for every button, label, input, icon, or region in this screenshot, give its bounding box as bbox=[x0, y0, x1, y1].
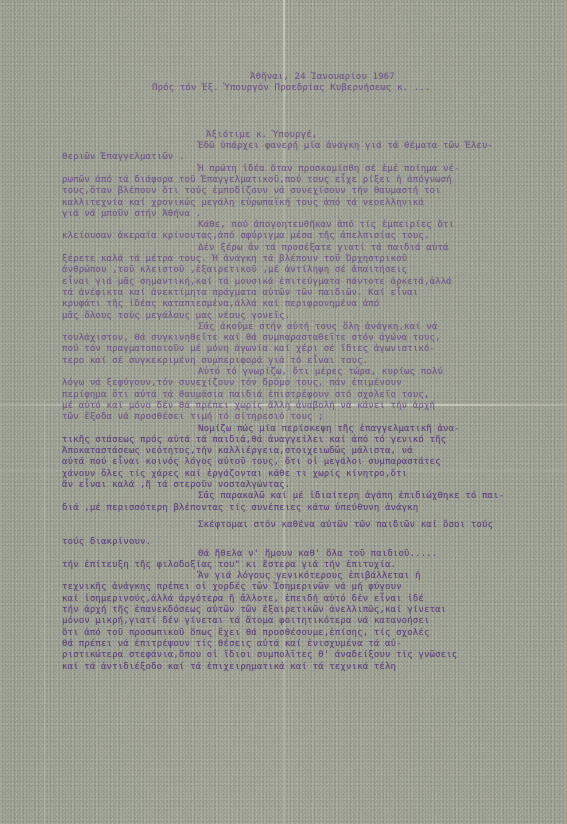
text-line: Σκέφτομαι στόν καθένα αὐτῶν τῶν παιδιῶν … bbox=[198, 520, 493, 531]
text-line: Αὐτό τό γνωρίζω, ὅτι μέρες τώρα, κυρίως … bbox=[198, 367, 443, 378]
text-line: λόγω νά ξεφύγουν,τόν συνεχίζουν τόν δρόμ… bbox=[62, 378, 402, 389]
text-line: τους,ὅταν βλέπουν ὅτι τούς ἐμποδίζουν νά… bbox=[62, 186, 441, 197]
text-line: τικῆς στάσεως πρός αὐτά τά παιδιά,θά ἀνα… bbox=[62, 435, 446, 446]
text-line: Θά ἤθελα ν' ἤμουν καθ' ὅλα τοῦ παιδιοῦ..… bbox=[198, 549, 437, 560]
text-line: εἶναι γιά μᾶς σημαντική,καί τά μουσικά ἐ… bbox=[62, 277, 452, 288]
text-line: μᾶς ὅλους τούς μεγάλους μας νέους γονεῖς… bbox=[62, 311, 290, 322]
text-line: κλείουσαν ἀκεραία κρίνοντας,ἀπό σφύριγμα… bbox=[62, 231, 430, 242]
text-line: θεριῶν Ἐπαγγελματιῶν . bbox=[62, 152, 185, 163]
text-line: Ἄν γιά λόγους γενικότερους ἐπιβάλλεται ἡ bbox=[198, 571, 421, 582]
text-line: μέ αὐτό καί μόνο δέν θά πρέπει χωρίς ἄλλ… bbox=[62, 401, 435, 412]
document-page: Ἀθῆναι, 24 Ἰανουαρίου 1967 Πρός τόν Ἐξ. … bbox=[0, 0, 567, 824]
text-line: καλλιτεχνία καί χρονικώς μεγάλη εὐρωπαϊκ… bbox=[62, 198, 424, 209]
text-line: ἀνθρώπου ,τοῦ κλειστοῦ ,ἐξαιρετικοῦ ,μέ … bbox=[62, 265, 407, 276]
text-line: Ἐδῶ ὑπάρχει φανερή μία ἀνάγκη γιά τά θέμ… bbox=[198, 141, 493, 152]
text-line: Σᾶς παρακαλῶ καί μέ ἰδιαίτερη ἀγάπη ἐπιδ… bbox=[198, 491, 504, 502]
text-line: μόνον μικρή,γιατί δέν γίνεται τά ἄτομα φ… bbox=[62, 616, 430, 627]
text-line: διά ,μέ περισσότερη βλέποντας τίς συνέπε… bbox=[62, 503, 418, 514]
text-line: καί ἰσημερινούς,ἀλλά ἀργότερα ἤ ἄλλοτε, … bbox=[62, 594, 424, 605]
letter-body: Ἀθῆναι, 24 Ἰανουαρίου 1967 Πρός τόν Ἐξ. … bbox=[0, 0, 567, 824]
text-line: περίφημα ὅτι αὐτά τά θαυμάσια παιδιά ἐπι… bbox=[62, 390, 430, 401]
text-line: θά πρέπει νά ἐπιτρέψουν τίς θέσεις αὐτά … bbox=[62, 639, 402, 650]
text-line: ἄν εἶναι καλά ,ἤ τά στεροῦν νοσταλγώντας… bbox=[62, 480, 290, 491]
text-line: τά ἀνέφικτα καί ἀνεκτίμητα πράγματα αὐτῶ… bbox=[62, 288, 418, 299]
text-line: Ἀποκαταστάσεως νεότητος,τήν καλλιέργεια,… bbox=[62, 446, 413, 457]
text-line: κρυφάτι τῆς ἰδέας καταπιεσμένα,ἀλλά καί … bbox=[62, 299, 379, 310]
text-line: τήν ἐπίτευξη τῆς φιλοδοξίας του" κι ἔστε… bbox=[62, 560, 396, 571]
text-line: αὐτά πού εἶναι κοινός λόγος αὐτοῦ τους, … bbox=[62, 457, 441, 468]
text-line: τούς διακρίνουν. bbox=[62, 537, 151, 548]
text-line: ρωπῶν ἀπό τά διάφορα τοῦ Ἐπαγγελματικοῦ,… bbox=[62, 175, 452, 186]
text-line: ξέρετε καλά τά μέτρα τους. Ἡ ἀνάγκη τά β… bbox=[62, 254, 407, 265]
text-line: χάνουν ὅλες τίς χάρες καί ἐργάζονται κάθ… bbox=[62, 469, 407, 480]
text-line: καί τά ἀντιδιέξοδο καί τά ἐπιχειρηματικά… bbox=[62, 662, 396, 673]
text-line: Δέν ξέρω ἄν τά προσέξατε γιατί τά παιδιά… bbox=[198, 243, 449, 254]
addressee-line: Πρός τόν Ἐξ. Ὑπουργόν Προεδρίας Κυβερνήσ… bbox=[152, 83, 430, 94]
text-line: τήν ἀρχή τῆς ἐπανεκδόσεως αὐτῶν τῶν ἐξαι… bbox=[62, 605, 446, 616]
text-line: Ἡ πρώτη ἰδέα ὅταν προσκομίσθη σέ ἐμέ ποί… bbox=[198, 164, 460, 175]
text-line: ριστικώτερα στεφάνια,ὅπου οἱ ἴδιοι συμπο… bbox=[62, 650, 457, 661]
place-date: Ἀθῆναι, 24 Ἰανουαρίου 1967 bbox=[250, 72, 395, 83]
text-line: ὅτι ἀπό τοῦ προσωπικοῦ ὅπως ἔχει θά προσ… bbox=[62, 628, 430, 639]
text-line: τερο καί σέ συγκεκριμένη συμπεριφορά γιά… bbox=[62, 356, 368, 367]
text-line: τουλάχιστον, θά συγκινηθεῖτε καί θά συμπ… bbox=[62, 333, 441, 344]
text-line: τῶν ἔξοδα νά προσθέσει τιμή τό σίτηρεσιό… bbox=[62, 412, 324, 423]
text-line: Σᾶς ἀκοῦμε στήν αὐτή τους ὅλη ἀνάγκη,καί… bbox=[198, 322, 437, 333]
text-line: Κάθε, πού ἀπογοητευθῆκαν ἀπό τίς ἐμπειρί… bbox=[198, 220, 454, 231]
text-line: πού τόν πραγματοποιοῦν μέ μόνη ἀγωνία κα… bbox=[62, 344, 435, 355]
text-line: γιά νά μποῦν στήν Ἀθήνα . bbox=[62, 209, 201, 220]
text-line: Νομίζω πώς μία περίσκεψη τῆς ἐπαγγελματι… bbox=[198, 424, 460, 435]
text-line: τεχνικῆς ἀνάγκης πρέπει οἱ χορδές τῶν Ἰσ… bbox=[62, 582, 402, 593]
salutation: Ἀξιότιμε κ. Ὑπουργέ, bbox=[206, 130, 317, 141]
